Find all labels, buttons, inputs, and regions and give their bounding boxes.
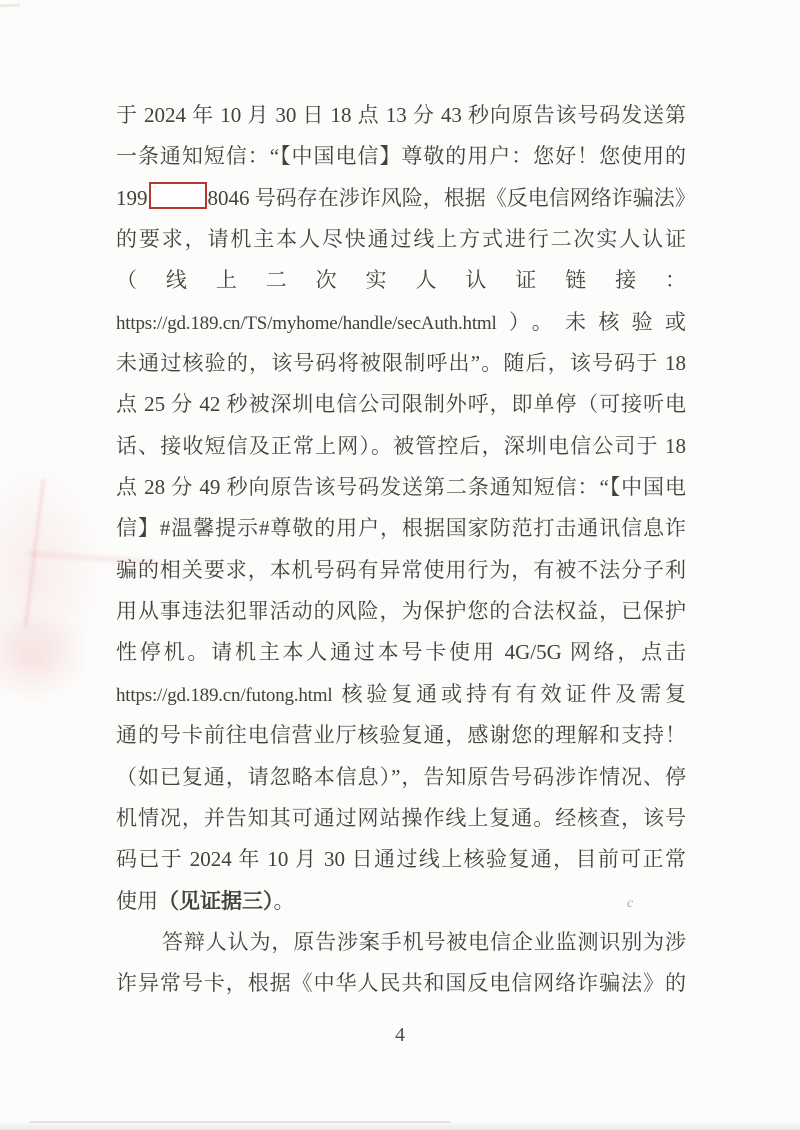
text-line: https://gd.189.cn/futong.html 核验复通或持有有效证… — [116, 674, 686, 715]
text-segment: ）。未核验或 — [497, 310, 686, 334]
text-line: 码已于 2024 年 10 月 30 日通过线上核验复通，目前可正常 — [116, 839, 686, 880]
text-line: 通的号卡前往电信营业厅核验复通，感谢您的理解和支持！ — [116, 715, 686, 756]
text-segment: 点 25 分 42 秒被深圳电信公司限制外呼，即单停（可接听电 — [116, 392, 686, 416]
text-segment: 未通过核验的，该号码将被限制呼出”。随后，该号码于 18 — [116, 351, 686, 375]
text-line: 的要求，请机主本人尽快通过线上方式进行二次实人认证 — [116, 219, 686, 260]
document-page: 于 2024 年 10 月 30 日 18 点 13 分 43 秒向原告该号码发… — [0, 0, 800, 1130]
text-line: 用从事违法犯罪活动的风险，为保护您的合法权益，已保护 — [116, 591, 686, 632]
text-line: https://gd.189.cn/TS/myhome/handle/secAu… — [116, 302, 686, 343]
text-segment: 性停机。请机主本人通过本号卡使用 4G/5G 网络，点击 — [116, 640, 686, 664]
url-text: https://gd.189.cn/TS/myhome/handle/secAu… — [116, 313, 497, 334]
redaction-box — [149, 182, 207, 209]
text-segment: 码已于 2024 年 10 月 30 日通过线上核验复通，目前可正常 — [116, 847, 686, 871]
text-segment: 信】#温馨提示#尊敬的用户，根据国家防范打击通讯信息诈 — [116, 516, 686, 540]
text-line: 信】#温馨提示#尊敬的用户，根据国家防范打击通讯信息诈 — [116, 508, 686, 549]
text-line: 诈异常号卡，根据《中华人民共和国反电信网络诈骗法》的 — [116, 963, 686, 1004]
text-line: 性停机。请机主本人通过本号卡使用 4G/5G 网络，点击 — [116, 632, 686, 673]
text-segment: 诈异常号卡，根据《中华人民共和国反电信网络诈骗法》的 — [116, 971, 686, 995]
text-line: 机情况，并告知其可通过网站操作线上复通。经核查，该号 — [116, 798, 686, 839]
scan-edge-line — [30, 1121, 450, 1123]
text-segment: （线上二次实人认证链接： — [116, 268, 686, 292]
text-segment: 骗的相关要求，本机号码有异常使用行为，有被不法分子利 — [116, 558, 686, 582]
stamp-artifact — [0, 608, 90, 703]
text-line: 点 28 分 49 秒向原告该号码发送第二条通知短信：“【中国电 — [116, 467, 686, 508]
text-segment: 。 — [274, 889, 295, 913]
text-line: 使用（见证据三）。 — [116, 881, 686, 922]
text-segment: 于 2024 年 10 月 30 日 18 点 13 分 43 秒向原告该号码发… — [116, 103, 686, 127]
text-line: （线上二次实人认证链接： — [116, 260, 686, 301]
text-segment: 8046 号码存在涉诈风险，根据《反电信网络诈骗法》 — [208, 186, 687, 210]
evidence-reference: （见证据三） — [158, 889, 274, 913]
scan-corner-mark — [0, 4, 20, 8]
page-number: 4 — [0, 1024, 800, 1047]
text-line: 话、接收短信及正常上网）。被管控后，深圳电信公司于 18 — [116, 426, 686, 467]
text-segment: 点 28 分 49 秒向原告该号码发送第二条通知短信：“【中国电 — [116, 475, 686, 499]
text-segment: 的要求，请机主本人尽快通过线上方式进行二次实人认证 — [116, 227, 686, 251]
text-line: 点 25 分 42 秒被深圳电信公司限制外呼，即单停（可接听电 — [116, 384, 686, 425]
text-segment: （如已复通，请忽略本信息）”，告知原告号码涉诈情况、停 — [116, 765, 686, 789]
text-line: 骗的相关要求，本机号码有异常使用行为，有被不法分子利 — [116, 550, 686, 591]
text-line: 答辩人认为，原告涉案手机号被电信企业监测识别为涉 — [116, 922, 686, 963]
text-line: 未通过核验的，该号码将被限制呼出”。随后，该号码于 18 — [116, 343, 686, 384]
text-segment: 机情况，并告知其可通过网站操作线上复通。经核查，该号 — [116, 806, 686, 830]
text-segment: 答辩人认为，原告涉案手机号被电信企业监测识别为涉 — [162, 930, 686, 954]
text-segment: 用从事违法犯罪活动的风险，为保护您的合法权益，已保护 — [116, 599, 686, 623]
text-segment: 通的号卡前往电信营业厅核验复通，感谢您的理解和支持！ — [116, 723, 686, 747]
text-segment: 话、接收短信及正常上网）。被管控后，深圳电信公司于 18 — [116, 434, 686, 458]
text-line: 于 2024 年 10 月 30 日 18 点 13 分 43 秒向原告该号码发… — [116, 95, 686, 136]
text-segment: 核验复通或持有有效证件及需复 — [332, 682, 686, 706]
url-text: https://gd.189.cn/futong.html — [116, 685, 332, 706]
text-line: 1998046 号码存在涉诈风险，根据《反电信网络诈骗法》 — [116, 178, 686, 219]
pen-mark: c — [627, 897, 633, 911]
text-segment: 199 — [116, 186, 148, 210]
text-line: 一条通知短信：“【中国电信】尊敬的用户：您好！您使用的 — [116, 136, 686, 177]
text-line: （如已复通，请忽略本信息）”，告知原告号码涉诈情况、停 — [116, 757, 686, 798]
document-body: 于 2024 年 10 月 30 日 18 点 13 分 43 秒向原告该号码发… — [116, 95, 686, 1005]
text-segment: 使用 — [116, 889, 158, 913]
text-segment: 一条通知短信：“【中国电信】尊敬的用户：您好！您使用的 — [116, 144, 686, 168]
